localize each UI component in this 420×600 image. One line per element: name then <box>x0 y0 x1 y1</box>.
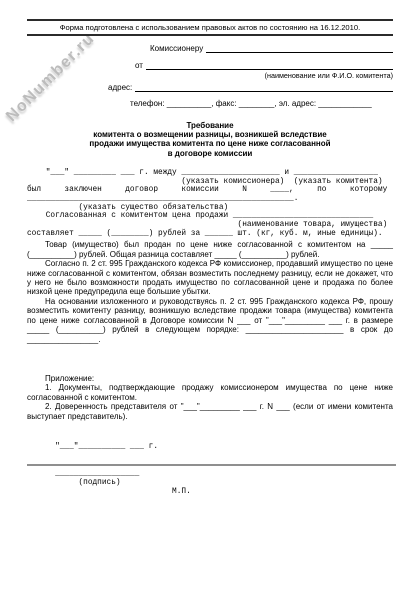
appendix-block: Приложение: 1. Документы, подтверждающие… <box>27 374 393 421</box>
recipient-contacts-line: телефон: __________, факс: ________, эл.… <box>130 99 393 108</box>
title-line-2: комитента о возмещении разницы, возникше… <box>27 130 393 139</box>
recipient-address-row: адрес: <box>108 83 393 92</box>
paragraph-goods-sold: Товар (имущество) был продан по цене ниж… <box>27 240 393 259</box>
appendix-label: Приложение: <box>27 374 393 383</box>
recipient-address-label: адрес: <box>108 83 132 92</box>
title-line-4: в договоре комиссии <box>27 149 393 158</box>
recipient-block: Комиссионеру от (наименование или Ф.И.О.… <box>27 44 393 108</box>
header-note-bar: Форма подготовлена с использованием прав… <box>27 19 393 36</box>
title-line-3: продажи имущества комитента по цене ниже… <box>27 139 393 148</box>
recipient-from-label: от <box>135 61 143 70</box>
recipient-address-blank <box>135 83 393 92</box>
recipient-from-row: от <box>135 61 393 70</box>
recipient-to-blank <box>206 44 393 53</box>
document-page: Форма подготовлена с использованием прав… <box>0 0 420 497</box>
document-title: Требование комитента о возмещении разниц… <box>27 121 393 158</box>
paragraph-demand: На основании изложенного и руководствуяс… <box>27 297 393 344</box>
bottom-divider <box>27 464 396 466</box>
recipient-from-blank <box>146 61 393 70</box>
recipient-to-label: Комиссионеру <box>150 44 203 53</box>
appendix-item-2: 2. Доверенность представителя от "___"__… <box>27 402 393 421</box>
body-paragraphs: Товар (имущество) был продан по цене ниж… <box>27 240 393 343</box>
appendix-item-1: 1. Документы, подтверждающие продажу ком… <box>27 383 393 402</box>
title-line-1: Требование <box>27 121 393 130</box>
contract-details-pre: "___" _________ ___ г. между ___________… <box>27 169 393 239</box>
header-note: Форма подготовлена с использованием прав… <box>60 23 360 32</box>
recipient-to-row: Комиссионеру <box>150 44 393 53</box>
recipient-from-caption: (наименование или Ф.И.О. комитента) <box>27 71 393 80</box>
signature-block: "___"__________ ___ г. _________________… <box>27 443 393 497</box>
paragraph-law-basis: Согласно п. 2 ст. 995 Гражданского кодек… <box>27 259 393 297</box>
